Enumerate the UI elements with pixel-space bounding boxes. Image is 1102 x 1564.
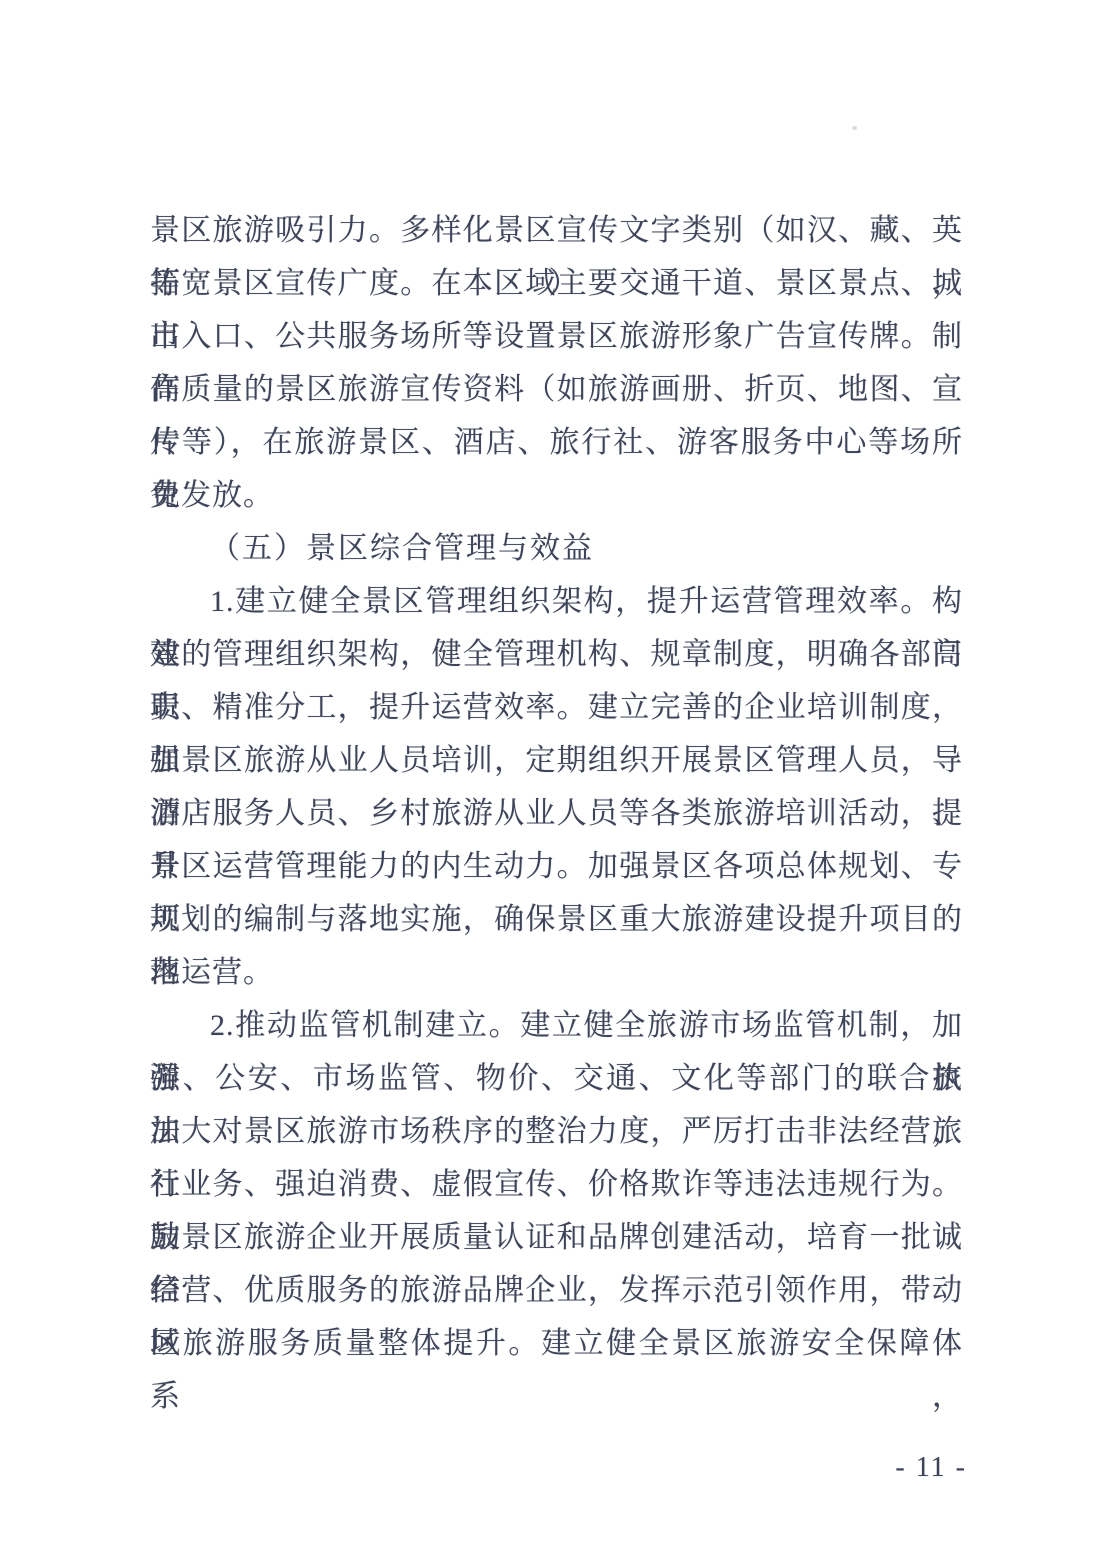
text-line: 加大对景区旅游市场秩序的整治力度，严厉打击非法经营旅行 <box>150 1105 963 1158</box>
text-line: 强景区旅游从业人员培训，定期组织开展景区管理人员，导游、 <box>150 734 963 787</box>
text-line: 费发放。 <box>150 469 963 522</box>
text-line: 高质量的景区旅游宣传资料（如旅游画册、折页、地图、宣传 <box>150 363 963 416</box>
paragraph-item-2: 2.推动监管机制建立。建立健全旅游市场监管机制，加强旅游、公安、市场监管、物价、… <box>150 999 963 1370</box>
text-line: 景区运营管理能力的内生动力。加强景区各项总体规划、专项 <box>150 840 963 893</box>
text-line: 出入口、公共服务场所等设置景区旅游形象广告宣传牌。制作 <box>150 310 963 363</box>
text-line: 景区旅游吸引力。多样化景区宣传文字类别（如汉、藏、英等）， <box>150 204 963 257</box>
text-line: 励景区旅游企业开展质量认证和品牌创建活动，培育一批诚信 <box>150 1211 963 1264</box>
text-line: 游、公安、市场监管、物价、交通、文化等部门的联合执法， <box>150 1052 963 1105</box>
document-page: 景区旅游吸引力。多样化景区宣传文字类别（如汉、藏、英等），拓宽景区宣传广度。在本… <box>0 0 1102 1564</box>
paragraph-item-1: 1.建立健全景区管理组织架构，提升运营管理效率。构建高效的管理组织架构，健全管理… <box>150 575 963 999</box>
text-line: 地运营。 <box>150 946 963 999</box>
text-line: 经营、优质服务的旅游品牌企业，发挥示范引领作用，带动区 <box>150 1264 963 1317</box>
text-line: 1.建立健全景区管理组织架构，提升运营管理效率。构建高 <box>150 575 963 628</box>
text-line: 片等），在旅游景区、酒店、旅行社、游客服务中心等场所免 <box>150 416 963 469</box>
text-line: （五）景区综合管理与效益 <box>150 522 963 575</box>
text-line: 域旅游服务质量整体提升。建立健全景区旅游安全保障体系， <box>150 1317 963 1370</box>
paragraph-promotion-continued: 景区旅游吸引力。多样化景区宣传文字类别（如汉、藏、英等），拓宽景区宣传广度。在本… <box>150 204 963 522</box>
text-line: 规划的编制与落地实施，确保景区重大旅游建设提升项目的落 <box>150 893 963 946</box>
text-line: 责、精准分工，提升运营效率。建立完善的企业培训制度，加 <box>150 681 963 734</box>
text-line: 2.推动监管机制建立。建立健全旅游市场监管机制，加强旅 <box>150 999 963 1052</box>
text-line: 效的管理组织架构，健全管理机构、规章制度，明确各部门职 <box>150 628 963 681</box>
section-heading-5: （五）景区综合管理与效益 <box>150 522 963 575</box>
scan-speck <box>852 126 857 130</box>
text-line: 酒店服务人员、乡村旅游从业人员等各类旅游培训活动，提升 <box>150 787 963 840</box>
page-number: - 11 - <box>895 1452 967 1484</box>
text-line: 社业务、强迫消费、虚假宣传、价格欺诈等违法违规行为。鼓 <box>150 1158 963 1211</box>
document-body: 景区旅游吸引力。多样化景区宣传文字类别（如汉、藏、英等），拓宽景区宣传广度。在本… <box>150 204 963 1370</box>
text-line: 拓宽景区宣传广度。在本区域主要交通干道、景区景点、城市 <box>150 257 963 310</box>
